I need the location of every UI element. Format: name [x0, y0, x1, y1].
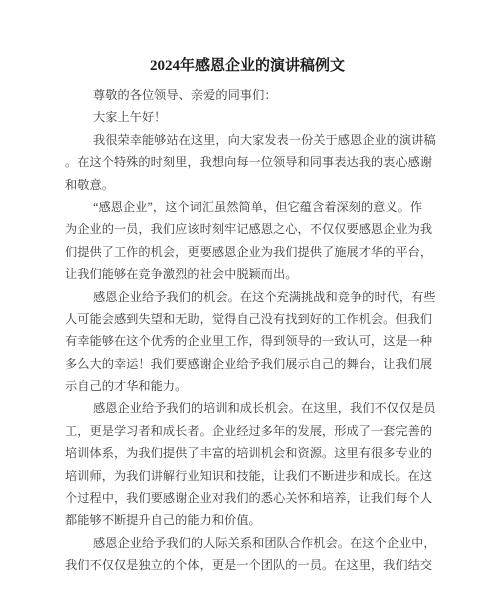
greeting-line: 大家上午好！ [65, 106, 430, 128]
salutation-line: 尊敬的各位领导、亲爱的同事们： [65, 84, 430, 106]
document-content: 2024年感恩企业的演讲稿例文 尊敬的各位领导、亲爱的同事们： 大家上午好！ 我… [65, 55, 430, 577]
text-line: 感恩企业给予我们的机会。在这个充满挑战和竞争的时代，有些 [65, 286, 430, 308]
text-line: 我们不仅仅是独立的个体，更是一个团队的一员。在这里，我们结交 [65, 554, 430, 576]
document-page: 2024年感恩企业的演讲稿例文 尊敬的各位领导、亲爱的同事们： 大家上午好！ 我… [0, 0, 500, 597]
text-line: 。在这个特殊的时刻里，我想向每一位领导和同事表达我的衷心感谢 [65, 151, 430, 173]
text-line: 示自己的才华和能力。 [65, 375, 430, 397]
text-line: 有幸能够在这个优秀的企业里工作，得到领导的一致认可，这是一种 [65, 330, 430, 352]
text-line: 培训师，为我们讲解行业知识和技能，让我们不断进步和成长。在这 [65, 465, 430, 487]
text-line: 多么大的幸运！我们要感谢企业给予我们展示自己的舞台，让我们展 [65, 353, 430, 375]
text-line: 让我们能够在竞争激烈的社会中脱颖而出。 [65, 263, 430, 285]
paragraph-4: 感恩企业给予我们的培训和成长机会。在这里，我们不仅仅是员 工，更是学习者和成长者… [65, 397, 430, 531]
text-line: 人可能会感到失望和无助，觉得自己没有找到好的工作机会。但我们 [65, 308, 430, 330]
text-line: 工，更是学习者和成长者。企业经过多年的发展，形成了一套完善的 [65, 420, 430, 442]
paragraph-5: 感恩企业给予我们的人际关系和团队合作机会。在这个企业中， 我们不仅仅是独立的个体… [65, 532, 430, 577]
text-line: 都能够不断提升自己的能力和价值。 [65, 509, 430, 531]
text-line: 感恩企业给予我们的培训和成长机会。在这里，我们不仅仅是员 [65, 397, 430, 419]
document-title: 2024年感恩企业的演讲稿例文 [65, 55, 430, 77]
paragraph-3: 感恩企业给予我们的机会。在这个充满挑战和竞争的时代，有些 人可能会感到失望和无助… [65, 286, 430, 398]
text-line: 培训体系，为我们提供了丰富的培训机会和资源。这里有很多专业的 [65, 442, 430, 464]
text-line: 们提供了工作的机会，更要感恩企业为我们提供了施展才华的平台， [65, 241, 430, 263]
text-line: 为企业的一员，我们应该时刻牢记感恩之心，不仅仅要感恩企业为我 [65, 218, 430, 240]
text-line: “感恩企业”，这个词汇虽然简单，但它蕴含着深刻的意义。作 [65, 196, 430, 218]
text-line: 个过程中，我们要感谢企业对我们的悉心关怀和培养，让我们每个人 [65, 487, 430, 509]
text-line: 和敬意。 [65, 174, 430, 196]
paragraph-2: “感恩企业”，这个词汇虽然简单，但它蕴含着深刻的意义。作 为企业的一员，我们应该… [65, 196, 430, 286]
paragraph-1: 我很荣幸能够站在这里，向大家发表一份关于感恩企业的演讲稿 。在这个特殊的时刻里，… [65, 129, 430, 196]
text-line: 我很荣幸能够站在这里，向大家发表一份关于感恩企业的演讲稿 [65, 129, 430, 151]
text-line: 感恩企业给予我们的人际关系和团队合作机会。在这个企业中， [65, 532, 430, 554]
